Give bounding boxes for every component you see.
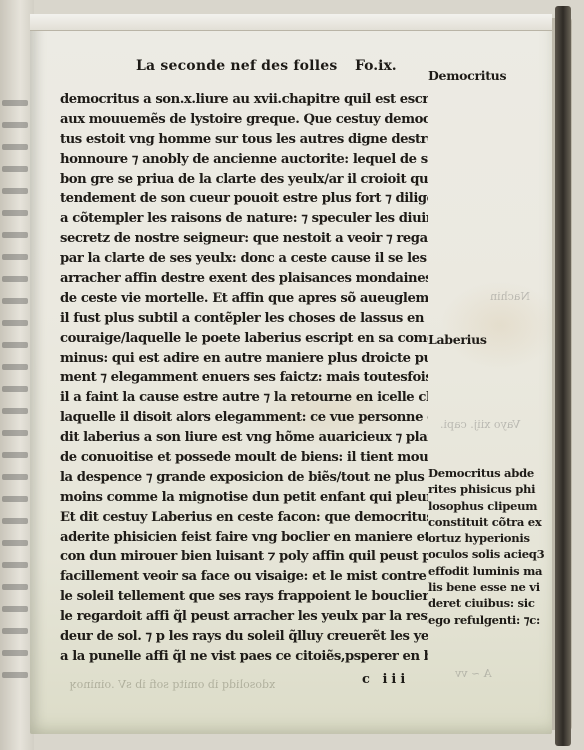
text-line: par la clarte de ses yeulx: donc a ceste… [60,249,428,269]
text-line: deur de sol. ⁊ p les rays du soleil q̃ll… [60,627,428,647]
text-line: aderite phisicien feist faire vng boclie… [60,528,428,548]
gloss-line: effodit luminis ma [428,563,544,579]
signature-mark: c iii [362,672,409,687]
gloss-line: rites phisicus phi [428,481,544,497]
gloss-line: ego refulgenti: ⁊c: [428,612,544,628]
text-line: minus: qui est adire en autre maniere pl… [60,349,428,369]
latin-gloss: Democritus abde rites phisicus phi losop… [428,465,544,628]
gloss-line: Democritus abde [428,465,544,481]
book-spine-edge [555,6,571,746]
text-line: couraige/laquelle le poete laberius escr… [60,329,428,349]
gloss-line: oculos solis acieq3 [428,546,544,562]
margin-note-laberius: Laberius [428,332,487,348]
margin-note-democritus: Democritus [428,68,506,84]
text-line: tendement de son cueur pouoit estre plus… [60,189,428,209]
text-line: le soleil tellement que ses rays frappoi… [60,587,428,607]
margin-ghost-text: Nachin [490,290,530,303]
gloss-line: deret ciuibus: sic [428,595,544,611]
text-line: bon gre se priua de la clarte des yeulx/… [60,170,428,190]
text-line: dit laberius a son liure est vng hõme au… [60,428,428,448]
left-facing-page [0,0,34,750]
gloss-line: losophus clipeum [428,498,544,514]
text-line: secretz de nostre seigneur: que nestoit … [60,229,428,249]
text-line: honnoure ⁊ anobly de ancienne auctorite:… [60,150,428,170]
text-line: democritus a son.x.liure au xvii.chapitr… [60,90,428,110]
text-line: ment ⁊ elegamment enuers ses faictz: mai… [60,368,428,388]
folio-number: Fo.ix. [355,58,397,74]
margin-ghost-text: Vayo xiij. capi. [440,418,520,431]
text-line: arracher affin destre exent des plaisanc… [60,269,428,289]
text-line: a la punelle affi q̃l ne vist paes ce ci… [60,647,428,667]
text-line: la despence ⁊ grande exposicion de biẽs/… [60,468,428,488]
page-top-band [30,14,552,31]
running-head: La seconde nef des folles [136,58,337,74]
text-line: aux mouuemẽs de lystoire greque. Que ces… [60,110,428,130]
text-line: il fust plus subtil a contẽpler les chos… [60,309,428,329]
bleed-through-text: xdosolidq ib omitq sofi ib sV .oininoʞ [70,678,275,691]
text-line: de conuoitise et possede moult de biens:… [60,448,428,468]
gloss-line: constituit cõtra ex [428,514,544,530]
text-line: de ceste vie mortelle. Et affin que apre… [60,289,428,309]
margin-ghost-text: A ~ vv [455,667,492,680]
gloss-line: lis bene esse ne vi [428,579,544,595]
text-line: a cõtempler les raisons de nature: ⁊ spe… [60,209,428,229]
gloss-line: ortuz hyperionis [428,530,544,546]
text-line: Et dit cestuy Laberius en ceste facon: q… [60,508,428,528]
body-text: democritus a son.x.liure au xvii.chapitr… [60,90,428,667]
text-line: laquelle il disoit alors elegamment: ce … [60,408,428,428]
text-line: il a faint la cause estre autre ⁊ la ret… [60,388,428,408]
text-line: tus estoit vng homme sur tous les autres… [60,130,428,150]
text-line: con dun mirouer bien luisant ⁊ poly affi… [60,547,428,567]
text-line: facillement veoir sa face ou visaige: et… [60,567,428,587]
text-line: le regardoit affi q̃l peust arracher les… [60,607,428,627]
text-line: moins comme la mignotise dun petit enfan… [60,488,428,508]
